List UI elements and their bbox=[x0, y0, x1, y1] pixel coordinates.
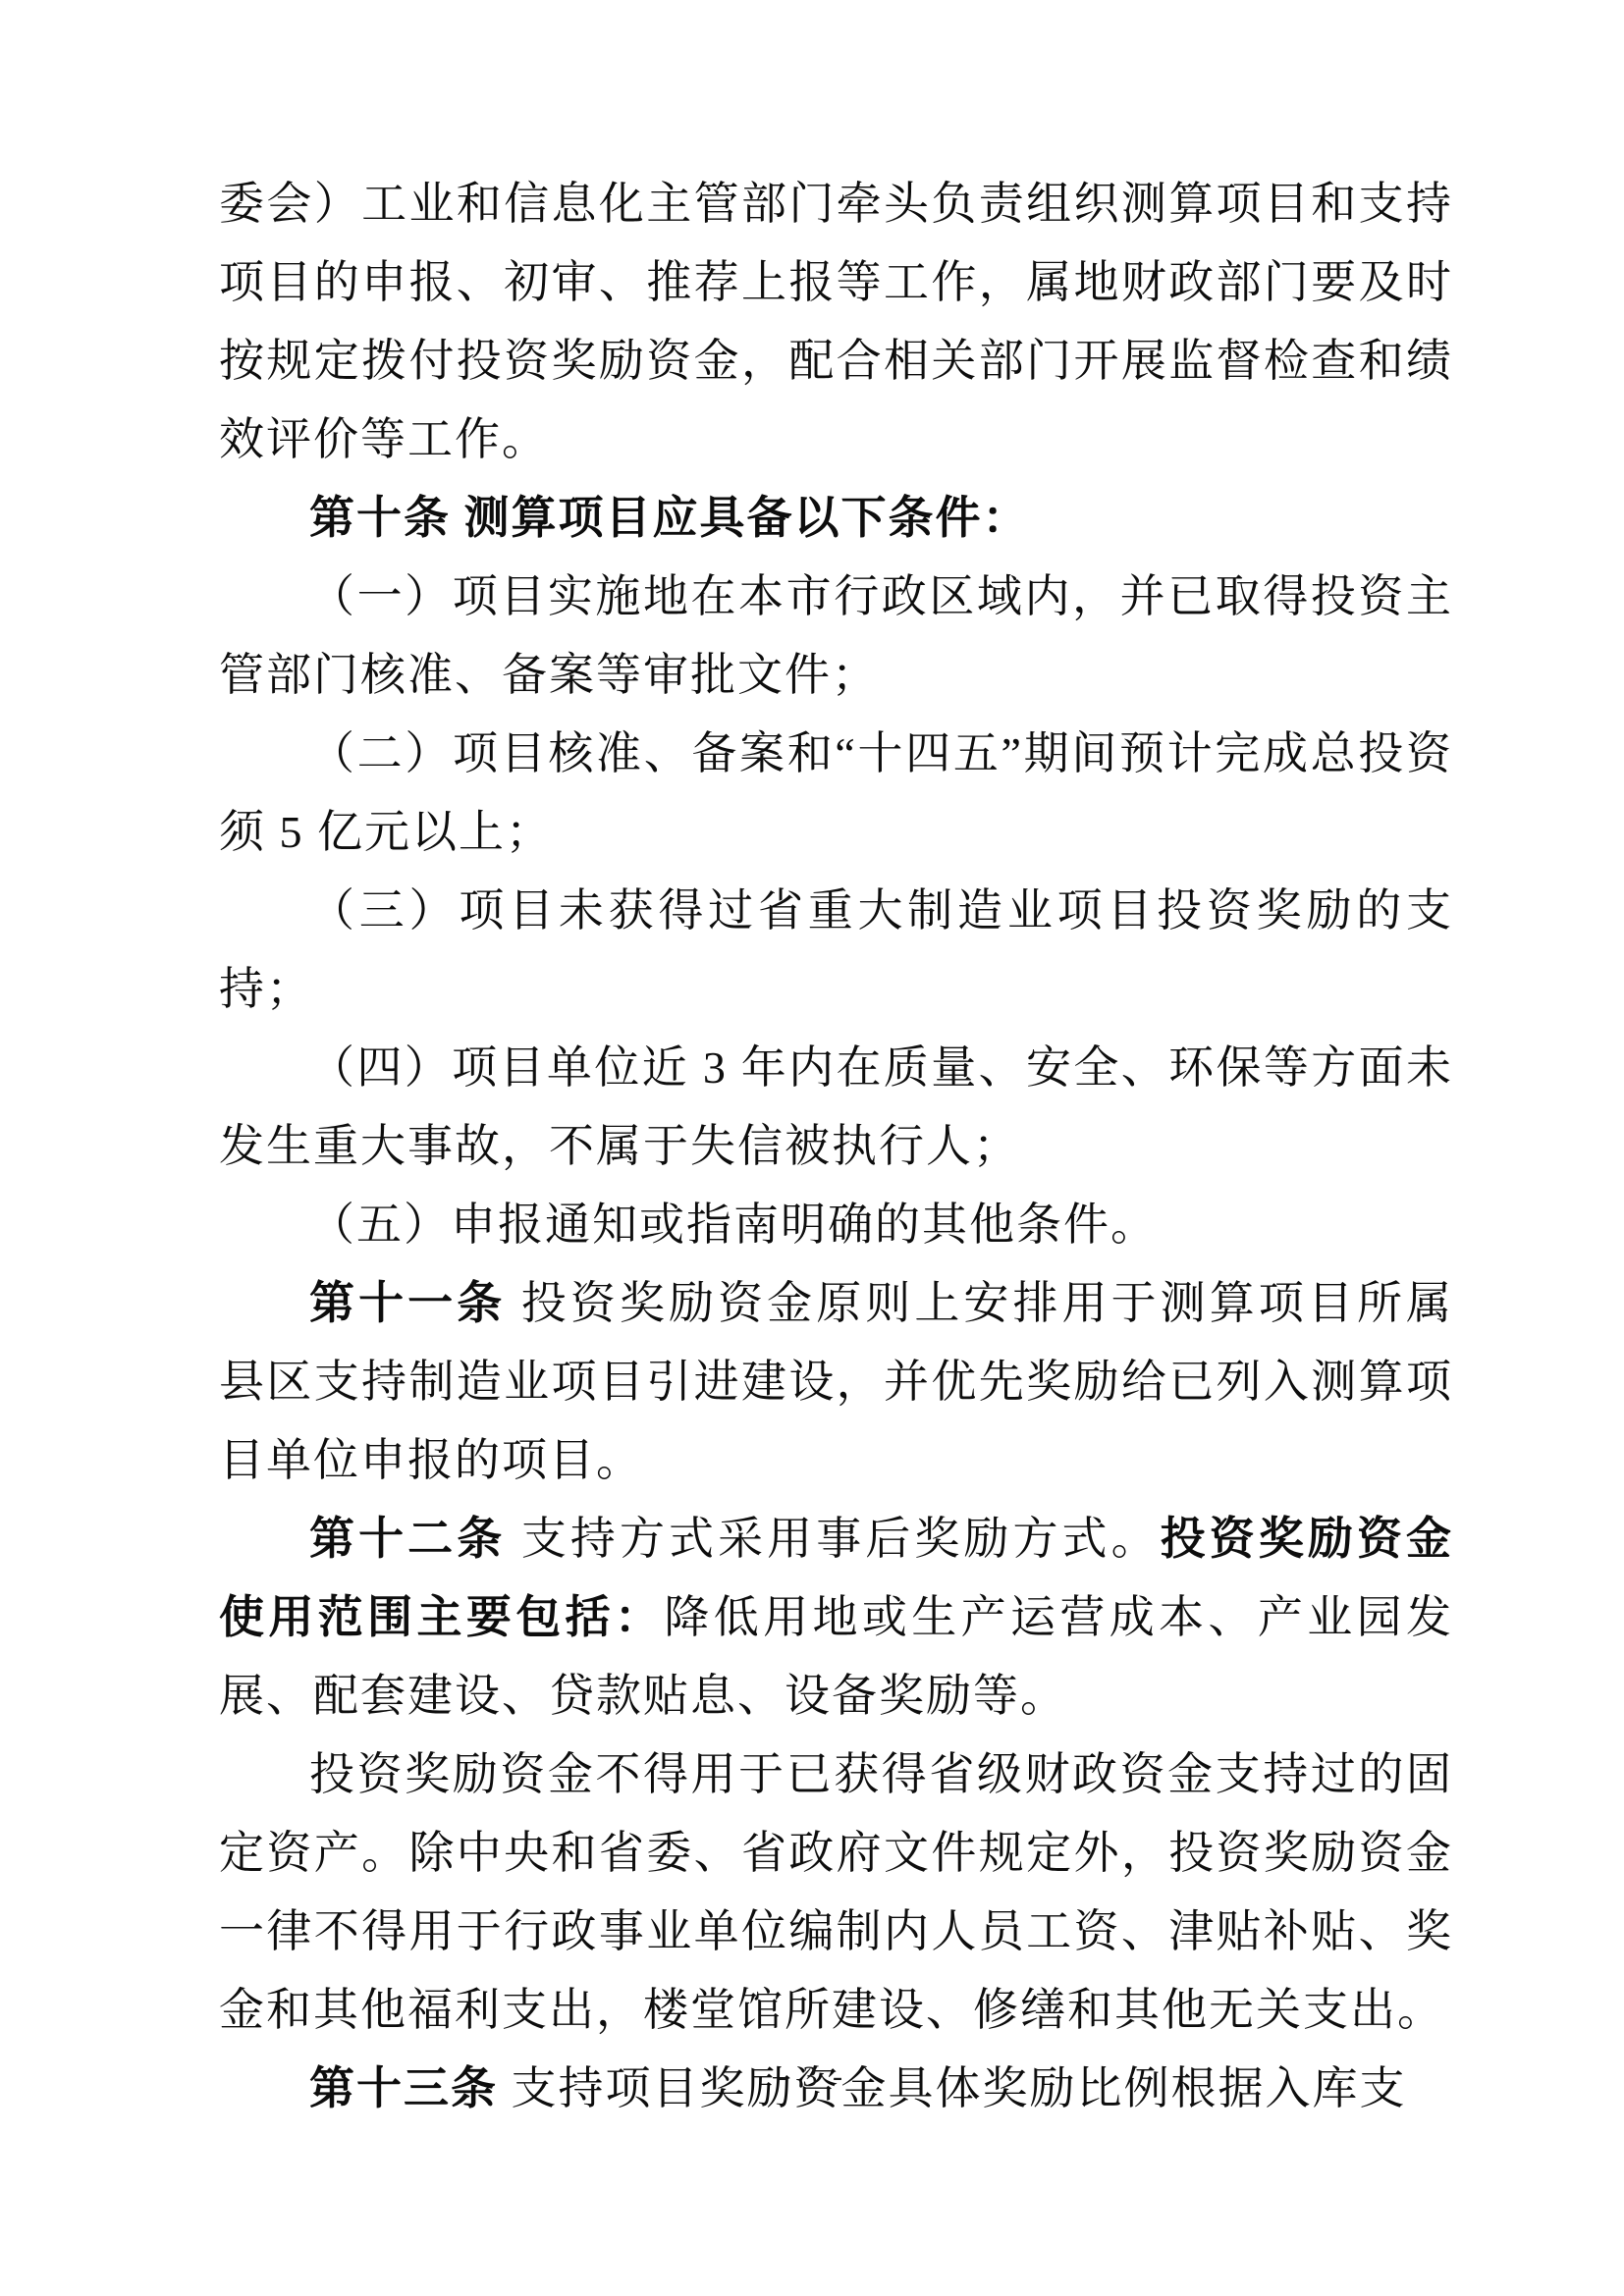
document-page: 委会）工业和信息化主管部门牵头负责组织测算项目和支持项目的申报、初审、推荐上报等… bbox=[0, 0, 1624, 2296]
article-10-heading: 第十条 测算项目应具备以下条件： bbox=[219, 479, 1453, 558]
text-run: （一）项目实施地在本市行政区域内，并已取得投资主管部门核准、备案等审批文件； bbox=[219, 571, 1453, 700]
article-10-item-5: （五）申报通知或指南明确的其他条件。 bbox=[219, 1186, 1453, 1264]
article-12-paragraph: 第十二条 支持方式采用事后奖励方式。投资奖励资金使用范围主要包括：降低用地或生产… bbox=[219, 1500, 1453, 1735]
article-11-paragraph: 第十一条 投资奖励资金原则上安排用于测算项目所属县区支持制造业项目引进建设，并优… bbox=[219, 1264, 1453, 1500]
text-run: 委会）工业和信息化主管部门牵头负责组织测算项目和支持项目的申报、初审、推荐上报等… bbox=[219, 179, 1453, 464]
text-run: 投资奖励资金不得用于已获得省级财政资金支持过的固定资产。除中央和省委、省政府文件… bbox=[219, 1749, 1453, 2035]
text-run: （三）项目未获得过省重大制造业项目投资奖励的支持； bbox=[219, 885, 1453, 1014]
text-run: 第十条 测算项目应具备以下条件： bbox=[309, 493, 1030, 543]
article-number: 第十二条 bbox=[309, 1514, 506, 1564]
page-number: - 3 - bbox=[0, 2059, 1624, 2095]
article-10-item-4: （四）项目单位近 3 年内在质量、安全、环保等方面未发生重大事故，不属于失信被执… bbox=[219, 1029, 1453, 1186]
paragraph-continuation: 委会）工业和信息化主管部门牵头负责组织测算项目和支持项目的申报、初审、推荐上报等… bbox=[219, 165, 1453, 479]
article-10-item-3: （三）项目未获得过省重大制造业项目投资奖励的支持； bbox=[219, 872, 1453, 1029]
text-run: （二）项目核准、备案和“十四五”期间预计完成总投资须 5 亿元以上； bbox=[219, 728, 1453, 857]
document-body: 委会）工业和信息化主管部门牵头负责组织测算项目和支持项目的申报、初审、推荐上报等… bbox=[219, 165, 1453, 2128]
text-run: （四）项目单位近 3 年内在质量、安全、环保等方面未发生重大事故，不属于失信被执… bbox=[219, 1042, 1453, 1171]
article-10-item-2: （二）项目核准、备案和“十四五”期间预计完成总投资须 5 亿元以上； bbox=[219, 715, 1453, 872]
article-number: 第十一条 bbox=[309, 1278, 506, 1328]
article-12-paragraph-2: 投资奖励资金不得用于已获得省级财政资金支持过的固定资产。除中央和省委、省政府文件… bbox=[219, 1735, 1453, 2050]
text-run: 支持方式采用事后奖励方式。 bbox=[506, 1514, 1160, 1564]
article-10-item-1: （一）项目实施地在本市行政区域内，并已取得投资主管部门核准、备案等审批文件； bbox=[219, 558, 1453, 715]
text-run: （五）申报通知或指南明确的其他条件。 bbox=[309, 1200, 1158, 1250]
